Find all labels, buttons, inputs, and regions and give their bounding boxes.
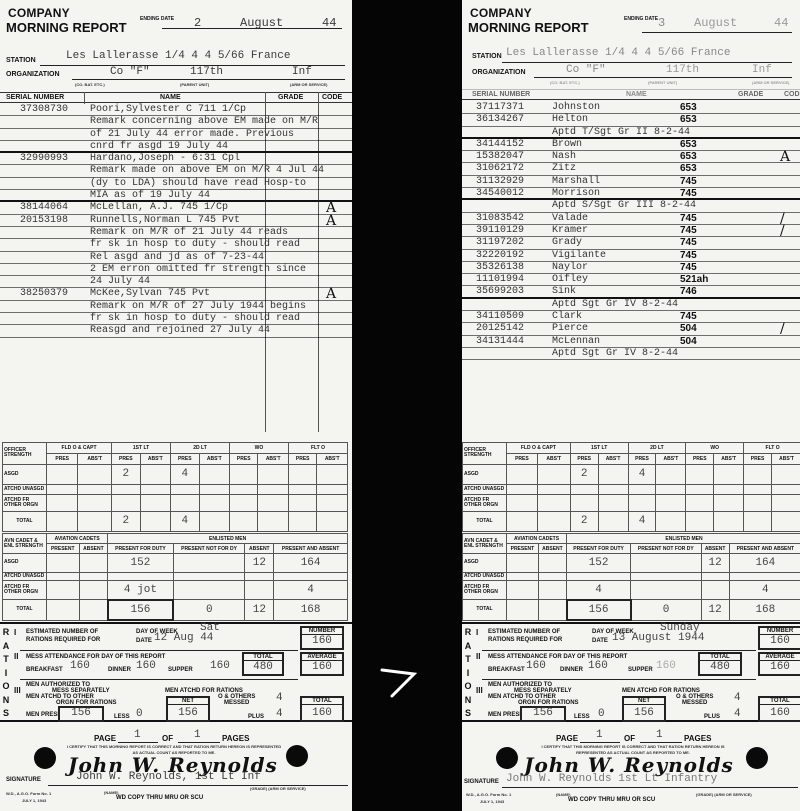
grade-value: 745 <box>680 225 697 237</box>
grp-2d-lt: 2D LT <box>171 443 230 454</box>
org-sub-label: (CO. BAT. ETC.) <box>75 82 105 87</box>
col-present-not-for-duty: PRESENT NOT FOR DY <box>631 544 701 554</box>
signature-label: SIGNATURE <box>6 777 41 783</box>
plus-label: PLUS <box>704 714 720 720</box>
serial-number: 35699203 <box>476 286 524 298</box>
sub-abst: ABS'T <box>537 453 570 464</box>
ending-day: 3 <box>658 16 665 30</box>
page-label: PAGE <box>94 734 116 743</box>
grade-value: 745 <box>680 176 697 188</box>
entry-text: Grady <box>552 237 582 249</box>
grade-value: 653 <box>680 163 697 175</box>
grand-total-box: TOTAL 160 <box>300 696 344 722</box>
table-row: Reasgd and rejoined 27 July 44 <box>0 325 352 337</box>
serial-number: 34540012 <box>476 188 524 200</box>
org-sub-label: (ARM OR SERVICE) <box>752 80 789 85</box>
col-present-and-absent: PRESENT AND ABSENT <box>274 544 348 554</box>
sub-abst: ABS'T <box>598 453 628 464</box>
punch-hole <box>746 747 768 769</box>
sub-pres: PRES <box>288 453 316 464</box>
page-total: 1 <box>656 729 663 741</box>
atchd-for-label: MESSED <box>224 700 249 706</box>
table-row: 35326138Naylor745 <box>462 262 800 274</box>
breakfast-value: 160 <box>526 660 546 672</box>
of-label: OF <box>162 734 173 743</box>
rations-letter: T <box>2 653 10 667</box>
serial-number: 37308730 <box>20 104 68 116</box>
row-atchd-other: ATCHD FR OTHER ORGN <box>463 494 507 511</box>
grade-value: 653 <box>680 114 697 126</box>
table-row: Rel asgd and jd as of 7-23-44 <box>0 252 352 264</box>
entry-text: Brown <box>552 139 582 151</box>
rations-letter: N <box>464 694 472 708</box>
entry-text: Remark concerning above EM made on M/R <box>90 116 318 128</box>
rations-letter: T <box>464 653 472 667</box>
entry-text: Reasgd and rejoined 27 July 44 <box>90 325 270 337</box>
col-absent-enl: ABSENT <box>701 544 729 554</box>
atchd-for-label: MESSED <box>682 700 707 706</box>
number-label: NUMBER <box>760 628 800 635</box>
grade-arm-label: (GRADE) (ARM OR SERVICE) <box>696 792 752 797</box>
code-mark: / <box>780 323 785 335</box>
form-company-label: COMPANY <box>8 6 70 20</box>
men-present-value: 156 <box>60 707 102 719</box>
grade-value: 745 <box>680 250 697 262</box>
average-box: AVERAGE 160 <box>300 652 344 676</box>
number-value: 160 <box>760 635 800 647</box>
sub-abst: ABS'T <box>140 453 171 464</box>
cell-value: 2 <box>112 464 140 484</box>
cell-value: 164 <box>274 554 348 573</box>
report-footer: PAGE 1 OF 1 PAGES I CERTIFY THAT THIS MO… <box>0 725 352 811</box>
table-row: Aptd Sgt Gr IV 8-2-44 <box>462 348 800 360</box>
sub-pres: PRES <box>507 453 538 464</box>
serial-number: 11101994 <box>476 274 524 286</box>
form-date: JULY 1, 1943 <box>22 798 46 803</box>
table-row: 20153198Runnells,Norman L 745 PvtA <box>0 215 352 227</box>
sub-abst: ABS'T <box>772 453 800 464</box>
serial-number: 20125142 <box>476 323 524 335</box>
serial-number: 20153198 <box>20 215 68 227</box>
report-entries: 37117371Johnston65336134267Helton653Aptd… <box>462 102 800 360</box>
page-label: PAGE <box>556 734 578 743</box>
sub-abst: ABS'T <box>714 453 744 464</box>
row-asgd: ASGD <box>3 554 47 573</box>
number-box: NUMBER 160 <box>300 626 344 650</box>
entry-text: Remark made on above EM on M/R 4 Jul 44 <box>90 165 324 177</box>
col-serial: SERIAL NUMBER <box>6 94 64 101</box>
org-sub-label: (PARENT UNIT) <box>648 80 677 85</box>
entry-text: Remark on M/R of 27 July 1944 begins <box>90 301 306 313</box>
entry-text: Naylor <box>552 262 588 274</box>
row-total: TOTAL <box>463 600 507 620</box>
entry-text: Hardano,Joseph - 6:31 Cpl <box>90 153 240 165</box>
grand-total-value: 160 <box>760 707 800 719</box>
date-value: 13 August 1944 <box>612 632 704 644</box>
section-iii: III <box>476 686 483 695</box>
entry-text: Aptd Sgt Gr IV 8-2-44 <box>552 299 678 311</box>
sub-abst: ABS'T <box>78 453 112 464</box>
punch-hole <box>286 745 308 767</box>
table-row: (dy to LDA) should have read Hosp-to <box>0 178 352 190</box>
row-atchd-other: ATCHD FR OTHER ORGN <box>3 494 47 511</box>
rations-letter: O <box>2 680 10 694</box>
men-present-box: 156 <box>520 706 566 722</box>
ending-month: August <box>240 16 283 30</box>
grade-value: 745 <box>680 213 697 225</box>
enlisted-strength-label: AVN CADET & ENL STRENGTH <box>463 534 507 554</box>
rations-side-label: RATIONS <box>2 626 10 721</box>
others-messed-value: 4 <box>276 692 283 704</box>
total-box: TOTAL 480 <box>242 652 284 676</box>
serial-number: 31197202 <box>476 237 524 249</box>
grand-total-label: TOTAL <box>760 698 800 705</box>
code-mark: A <box>780 151 790 163</box>
entry-text: McLellan, A.J. 745 1/Cp <box>90 202 228 214</box>
table-row: Remark on M/R of 27 July 1944 begins <box>0 301 352 313</box>
report-footer: PAGE 1 OF 1 PAGES I CERTIFY THAT THIS MO… <box>462 725 800 811</box>
serial-number: 32990993 <box>20 153 68 165</box>
row-asgd: ASGD <box>3 464 47 484</box>
table-row: 38144064McLellan, A.J. 745 1/CpA <box>0 202 352 214</box>
entry-text: Nash <box>552 151 576 163</box>
grand-total-label: TOTAL <box>302 698 342 705</box>
entry-text: Pierce <box>552 323 588 335</box>
grand-total-value: 160 <box>302 707 342 719</box>
entry-text: of 21 July 44 error made. Previous <box>90 129 294 141</box>
supper-value: 160 <box>210 660 230 672</box>
cell-value: 12 <box>245 554 274 573</box>
est-label: ESTIMATED NUMBER OF <box>26 629 98 635</box>
code-mark: / <box>780 225 785 237</box>
row-atchd-unasgd: ATCHD UNASGD <box>3 485 47 494</box>
entry-text: McKee,Sylvan 745 Pvt <box>90 288 210 300</box>
entry-text: MIA as of 19 July 44 <box>90 190 210 202</box>
cell-value: 4 <box>628 464 656 484</box>
total-label: TOTAL <box>244 654 282 661</box>
table-row: 15382047Nash653A <box>462 151 800 163</box>
serial-number: 39110129 <box>476 225 524 237</box>
entry-text: Aptd T/Sgt Gr II 8-2-44 <box>552 127 690 139</box>
section-i: I <box>14 628 16 637</box>
net-label: NET <box>624 698 664 705</box>
col-code: CODE <box>784 91 800 98</box>
rations-letter: O <box>464 680 472 694</box>
col-present: PRESENT <box>47 544 80 554</box>
table-row: cnrd fr asgd 19 July 44 <box>0 141 352 153</box>
number-box: NUMBER 160 <box>758 626 800 650</box>
row-atchd-other: ATCHD FR OTHER ORGN <box>463 581 507 600</box>
grade-value: 504 <box>680 336 697 348</box>
serial-number: 35326138 <box>476 262 524 274</box>
serial-number: 38250379 <box>20 288 68 300</box>
date-label: DATE <box>136 638 152 644</box>
rations-letter: N <box>2 694 10 708</box>
entry-text: cnrd fr asgd 19 July 44 <box>90 141 228 153</box>
col-present-and-absent: PRESENT AND ABSENT <box>729 544 800 554</box>
entry-text: Aptd Sgt Gr IV 8-2-44 <box>552 348 678 360</box>
row-total: TOTAL <box>3 511 47 531</box>
rations-letter: A <box>464 640 472 654</box>
breakfast-label: BREAKFAST <box>26 667 63 673</box>
col-absent: ABSENT <box>538 544 566 554</box>
entries-column-header: SERIAL NUMBER NAME GRADE CODE <box>462 89 800 100</box>
table-row: fr sk in hosp to duty - should read <box>0 313 352 325</box>
plus-value: 4 <box>276 708 283 720</box>
rations-letter: I <box>2 667 10 681</box>
entry-text: 2 EM erron omitted fr strength since <box>90 264 306 276</box>
officer-strength-table: OFFICER STRENGTH FLD O & CAPT 1ST LT 2D … <box>2 442 348 532</box>
cell-value: 4 <box>628 511 656 531</box>
cell-value: 156 <box>108 600 173 620</box>
col-absent: ABSENT <box>79 544 108 554</box>
cell-value: 4 <box>171 511 199 531</box>
col-code: CODE <box>322 94 342 101</box>
total-label: TOTAL <box>700 654 740 661</box>
org-sub-label: (ARM OR SERVICE) <box>290 82 327 87</box>
grp-enlisted-men: ENLISTED MEN <box>567 534 800 544</box>
entry-text: fr sk in hosp to duty - should read <box>90 313 300 325</box>
table-row: Remark made on above EM on M/R 4 Jul 44 <box>0 165 352 177</box>
form-title: MORNING REPORT <box>6 20 127 35</box>
plus-value: 4 <box>734 708 741 720</box>
table-row: 37117371Johnston653 <box>462 102 800 114</box>
col-present-not-for-duty: PRESENT NOT FOR DY <box>173 544 245 554</box>
col-name: NAME <box>160 94 181 101</box>
net-box: NET 156 <box>622 696 666 722</box>
table-row: 2 EM erron omitted fr strength since <box>0 264 352 276</box>
serial-number: 31062172 <box>476 163 524 175</box>
org-arm: Inf <box>292 66 312 78</box>
col-grade: GRADE <box>738 91 763 98</box>
total-value: 480 <box>244 661 282 673</box>
cell-value: 164 <box>729 554 800 573</box>
grand-total-box: TOTAL 160 <box>758 696 800 722</box>
sub-pres: PRES <box>570 453 598 464</box>
sub-abst: ABS'T <box>317 453 348 464</box>
org-parent: 117th <box>666 64 699 76</box>
breakfast-value: 160 <box>70 660 90 672</box>
col-name: NAME <box>626 91 647 98</box>
number-value: 160 <box>302 635 342 647</box>
typed-name: John W. Reynolds 1st Lt Infantry <box>506 773 717 785</box>
pages-label: PAGES <box>684 734 711 743</box>
grade-value: 653 <box>680 139 697 151</box>
grade-value: 746 <box>680 286 697 298</box>
average-value: 160 <box>760 661 800 673</box>
station-label: STATION <box>472 53 502 60</box>
net-value: 156 <box>168 707 208 719</box>
less-value: 0 <box>598 708 605 720</box>
col-absent-enl: ABSENT <box>245 544 274 554</box>
org-arm: Inf <box>752 64 772 76</box>
men-present-value: 156 <box>522 707 564 719</box>
morning-report-page-left: COMPANY MORNING REPORT ENDING DATE 2 Aug… <box>0 0 352 811</box>
grp-2d-lt: 2D LT <box>628 443 686 454</box>
rations-letter: A <box>2 640 10 654</box>
entry-text: Zitz <box>552 163 576 175</box>
serial-number: 34144152 <box>476 139 524 151</box>
average-label: AVERAGE <box>760 654 800 661</box>
col-grade: GRADE <box>278 94 303 101</box>
net-value: 156 <box>624 707 664 719</box>
rations-letter: S <box>464 707 472 721</box>
enlisted-strength-label: AVN CADET & ENL STRENGTH <box>3 534 47 554</box>
copy-note: WD COPY THRU MRU OR SCU <box>116 795 203 801</box>
cell-value: 2 <box>570 511 598 531</box>
org-parent: 117th <box>190 66 223 78</box>
cell-value: 12 <box>701 554 729 573</box>
rations-section: RATIONS I II III ESTIMATED NUMBER OF RAT… <box>0 622 352 722</box>
page-number: 1 <box>134 729 141 741</box>
table-row: 37308730Poori,Sylvester C 711 1/Cp <box>0 104 352 116</box>
supper-label: SUPPER <box>628 667 653 673</box>
rations-letter: R <box>2 626 10 640</box>
table-row: Aptd Sgt Gr IV 8-2-44 <box>462 299 800 311</box>
entry-text: Remark on M/R of 21 July 44 reads <box>90 227 288 239</box>
cell-value: 4 <box>567 581 631 600</box>
less-value: 0 <box>136 708 143 720</box>
row-asgd: ASGD <box>463 554 507 573</box>
grade-value: 745 <box>680 311 697 323</box>
grp-flt-o: FLT O <box>288 443 347 454</box>
dinner-value: 160 <box>136 660 156 672</box>
sub-pres: PRES <box>171 453 199 464</box>
grade-value: 653 <box>680 151 697 163</box>
rations-letter: S <box>2 707 10 721</box>
code-mark: A <box>326 215 336 227</box>
form-date: JULY 1, 1943 <box>480 799 504 804</box>
enlisted-strength-table: AVN CADET & ENL STRENGTH AVIATION CADETS… <box>462 533 800 621</box>
average-label: AVERAGE <box>302 654 342 661</box>
officer-strength-label: OFFICER STRENGTH <box>3 443 47 465</box>
station-value: Les Lallerasse 1/4 4 4 5/66 France <box>506 47 730 59</box>
sub-abst: ABS'T <box>199 453 230 464</box>
table-row: Remark concerning above EM made on M/R <box>0 116 352 128</box>
punch-hole <box>496 747 518 769</box>
sub-pres: PRES <box>230 453 258 464</box>
supper-value: 160 <box>656 660 676 672</box>
report-entries: 37308730Poori,Sylvester C 711 1/CpRemark… <box>0 104 352 338</box>
table-row: 35699203Sink746 <box>462 286 800 298</box>
grade-value: 653 <box>680 102 697 114</box>
cell-value: 4 <box>729 581 800 600</box>
table-row: 24 July 44 <box>0 276 352 288</box>
entry-text: Runnells,Norman L 745 Pvt <box>90 215 240 227</box>
breakfast-label: BREAKFAST <box>488 667 525 673</box>
cell-value: 12 <box>701 600 729 620</box>
grp-wo: WO <box>686 443 744 454</box>
serial-number: 32220192 <box>476 250 524 262</box>
date-label: DATE <box>592 638 608 644</box>
entry-text: Valade <box>552 213 588 225</box>
table-row: 31132929Marshall745 <box>462 176 800 188</box>
row-atchd-unasgd: ATCHD UNASGD <box>463 572 507 581</box>
table-row: 31062172Zitz653 <box>462 163 800 175</box>
typed-name: John W. Reynolds, 1st Lt Inf <box>76 771 261 783</box>
row-atchd-other: ATCHD FR OTHER ORGN <box>3 581 47 600</box>
ending-date-label: ENDING DATE <box>624 17 658 22</box>
row-atchd-unasgd: ATCHD UNASGD <box>463 485 507 494</box>
row-total: TOTAL <box>3 600 47 620</box>
org-sub-label: (PARENT UNIT) <box>180 82 209 87</box>
ending-date-label: ENDING DATE <box>140 17 174 22</box>
entry-text: 24 July 44 <box>90 276 150 288</box>
dinner-label: DINNER <box>560 667 583 673</box>
cell-value: 4 <box>274 581 348 600</box>
table-row: of 21 July 44 error made. Previous <box>0 129 352 141</box>
total-box: TOTAL 480 <box>698 652 742 676</box>
entry-text: Johnston <box>552 102 600 114</box>
of-label: OF <box>624 734 635 743</box>
section-iii: III <box>14 686 21 695</box>
sub-pres: PRES <box>112 453 140 464</box>
plus-label: PLUS <box>248 714 264 720</box>
grp-fld-capt: FLD O & CAPT <box>507 443 571 454</box>
entry-text: Aptd S/Sgt Gr III 8-2-44 <box>552 200 696 212</box>
sub-abst: ABS'T <box>258 453 289 464</box>
cell-value: 168 <box>274 600 348 620</box>
sub-pres: PRES <box>686 453 714 464</box>
rations-side-label: RATIONS <box>464 626 472 721</box>
table-row: MIA as of 19 July 44 <box>0 190 352 202</box>
table-row: 39110129Kramer745/ <box>462 225 800 237</box>
col-present-for-duty: PRESENT FOR DUTY <box>567 544 631 554</box>
number-label: NUMBER <box>302 628 342 635</box>
cell-value: 168 <box>729 600 800 620</box>
form-title: MORNING REPORT <box>468 20 589 35</box>
entry-text: Sink <box>552 286 576 298</box>
station-label: STATION <box>6 57 36 64</box>
row-asgd: ASGD <box>463 464 507 484</box>
col-serial: SERIAL NUMBER <box>472 91 530 98</box>
cell-value: 156 <box>567 600 631 620</box>
entry-text: Oifley <box>552 274 588 286</box>
grade-value: 745 <box>680 188 697 200</box>
officer-strength-table: OFFICER STRENGTH FLD O & CAPT 1ST LT 2D … <box>462 442 800 532</box>
entry-text: Poori,Sylvester C 711 1/Cp <box>90 104 246 116</box>
rations-letter: R <box>464 626 472 640</box>
organization-label: ORGANIZATION <box>6 71 60 78</box>
grp-fld-capt: FLD O & CAPT <box>47 443 112 454</box>
entry-text: Marshall <box>552 176 600 188</box>
ending-year: 44 <box>774 16 788 30</box>
total-value: 480 <box>700 661 740 673</box>
page-total: 1 <box>194 729 201 741</box>
table-row: 34540012Morrison745 <box>462 188 800 200</box>
rations-section: RATIONS I II III ESTIMATED NUMBER OF RAT… <box>462 622 800 722</box>
org-company: Co "F" <box>566 64 606 76</box>
row-atchd-unasgd: ATCHD UNASGD <box>3 572 47 581</box>
grade-value: 521ah <box>680 274 708 286</box>
less-label: LESS <box>574 714 590 720</box>
entry-text: Morrison <box>552 188 600 200</box>
entry-text: (dy to LDA) should have read Hosp-to <box>90 178 306 190</box>
rations-letter: I <box>464 667 472 681</box>
serial-number: 31083542 <box>476 213 524 225</box>
table-row: fr sk in hosp to duty - should read <box>0 239 352 251</box>
col-present-for-duty: PRESENT FOR DUTY <box>108 544 173 554</box>
average-value: 160 <box>302 661 342 673</box>
grade-arm-label: (GRADE) (ARM OR SERVICE) <box>250 786 306 791</box>
table-row: Remark on M/R of 21 July 44 reads <box>0 227 352 239</box>
punch-hole <box>34 747 56 769</box>
entry-text: Helton <box>552 114 588 126</box>
section-i: I <box>476 628 478 637</box>
dinner-value: 160 <box>588 660 608 672</box>
section-ii: II <box>476 652 480 661</box>
cell-value: 4 jot <box>108 581 173 600</box>
